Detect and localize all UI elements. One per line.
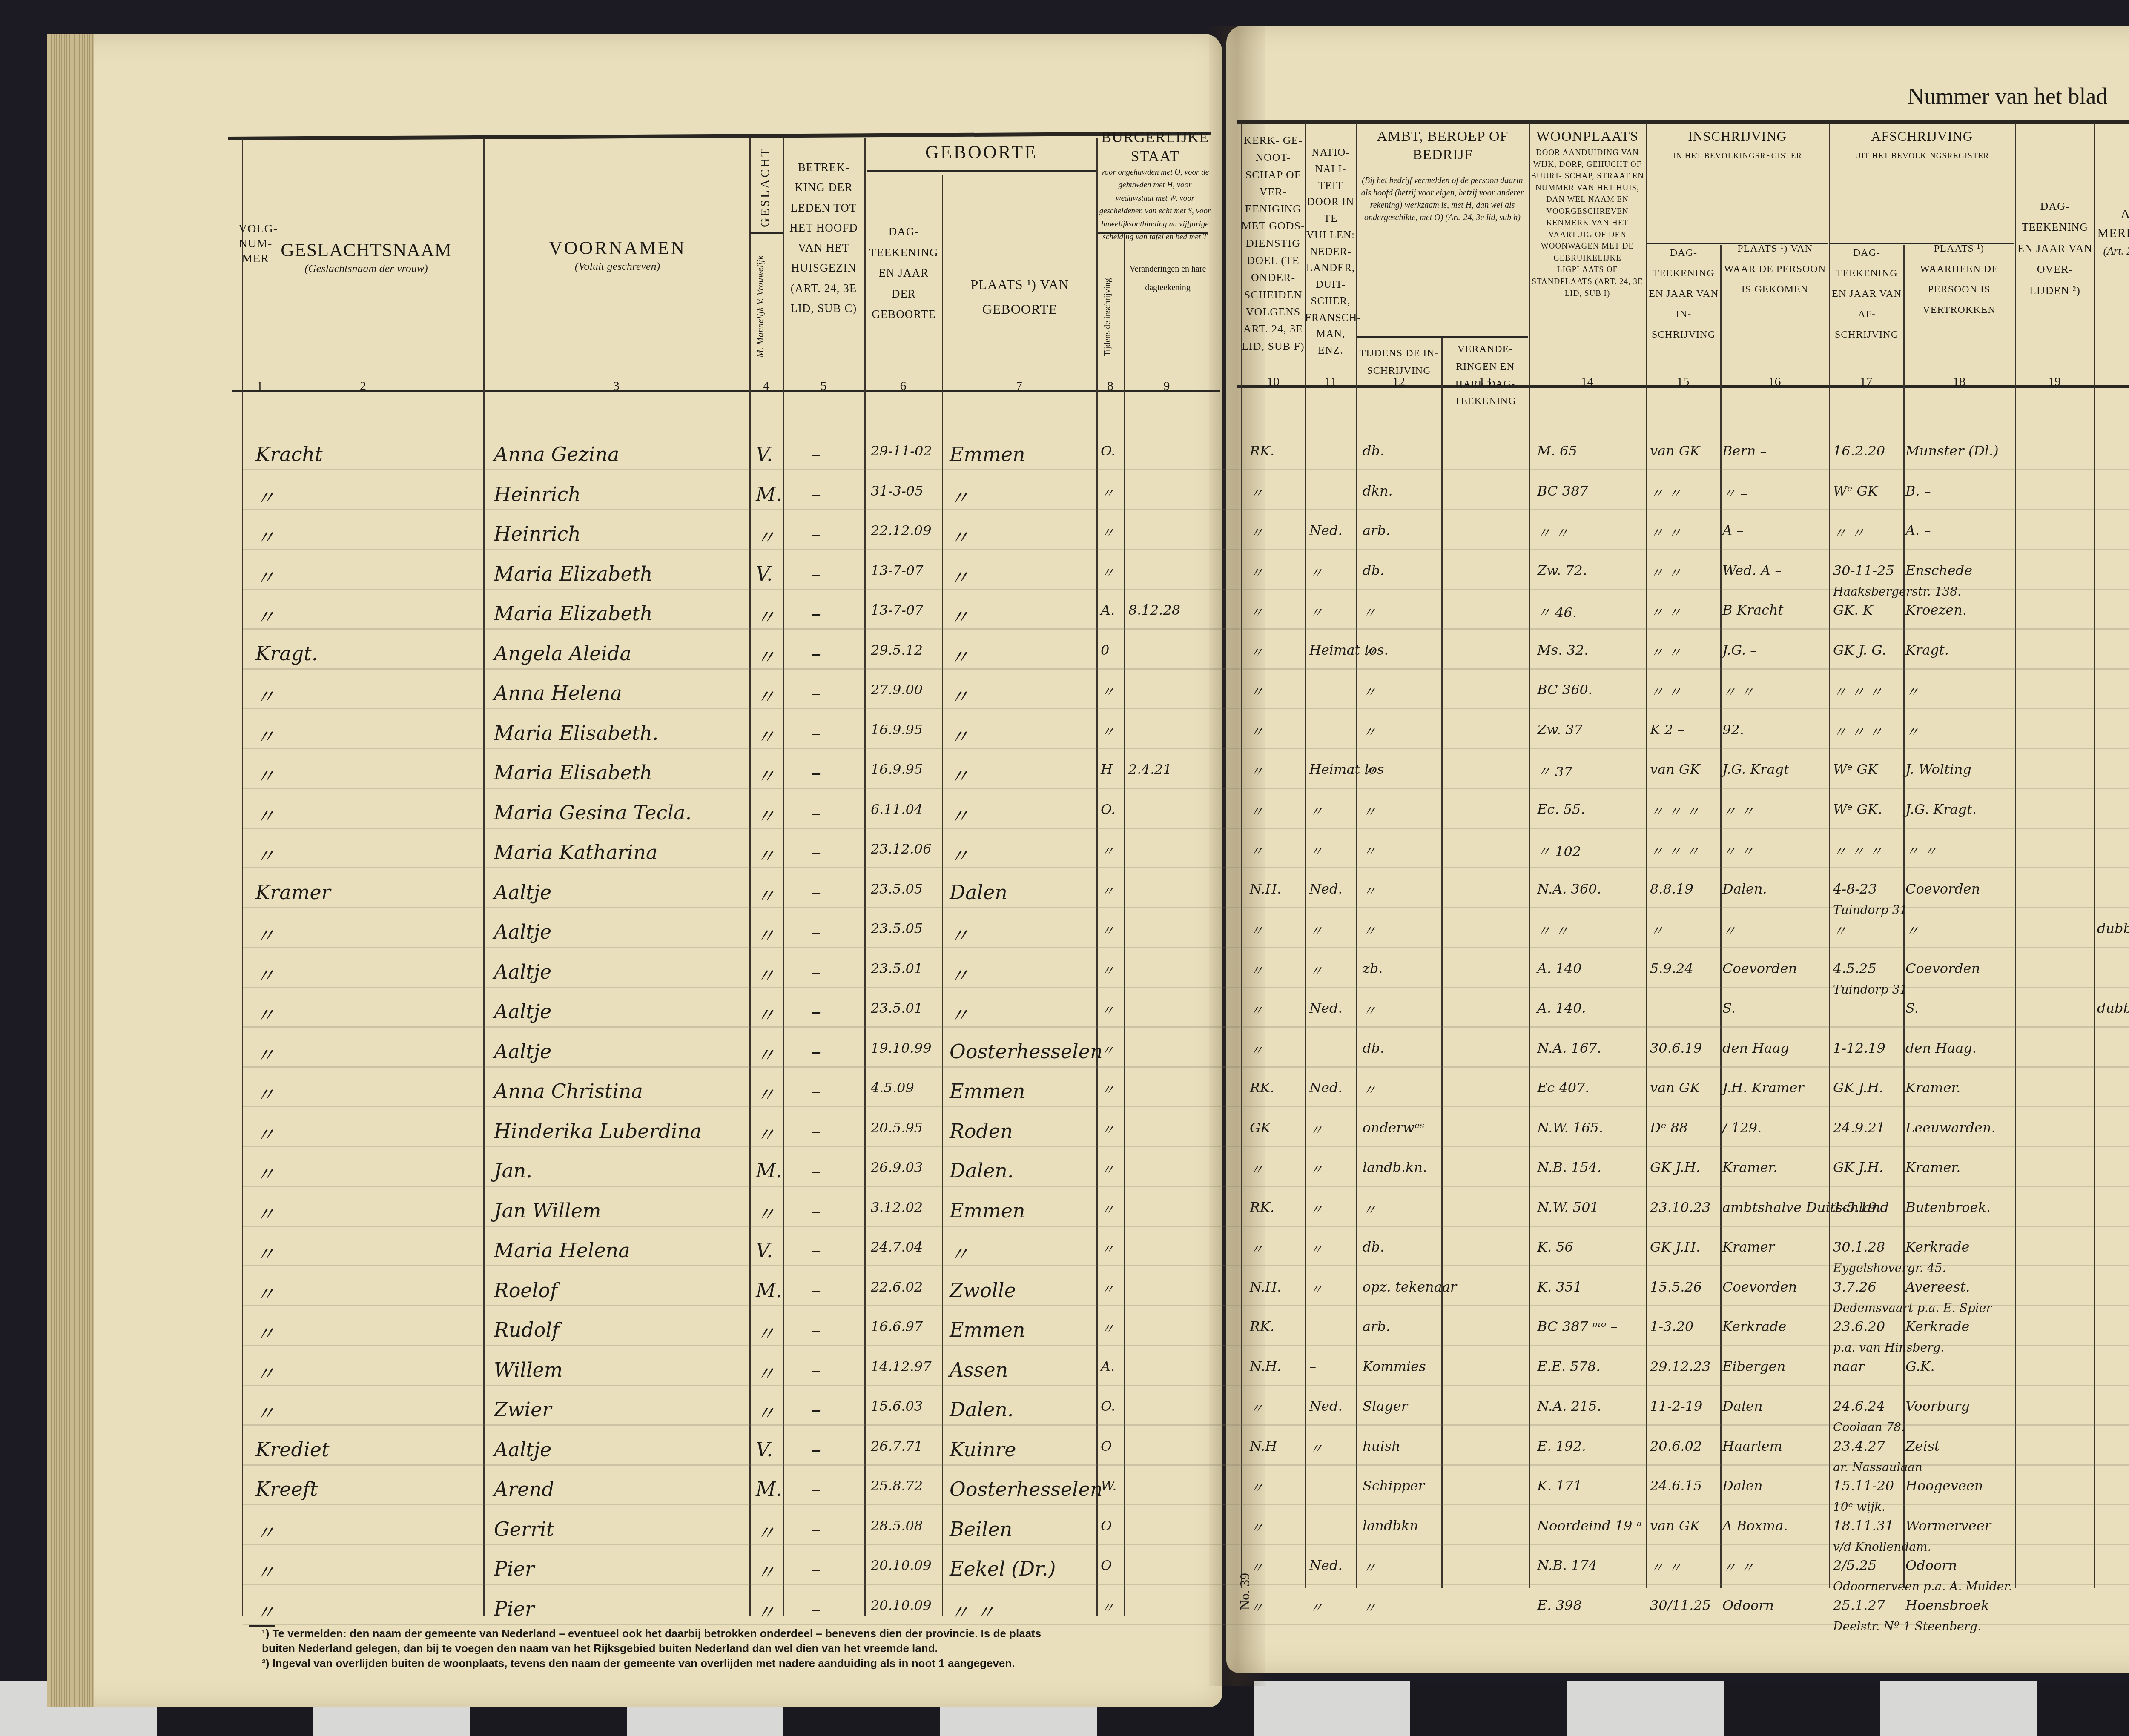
cell-civil-status: O. [1101,1398,1116,1414]
cell-nationality: 〃 [1309,1159,1323,1179]
cell-relation: – [811,1040,821,1063]
header-geboorte-plaats: PLAATS ¹) VAN GEBOORTE [943,272,1096,321]
cell-sex: M. [756,483,782,506]
cell-church: N.H. [1250,1358,1281,1375]
col-number-14: 14 [1529,375,1646,389]
cell-birth-place: 〃 [950,522,969,550]
cell-church: 〃 [1250,1000,1263,1020]
row-ruling [243,947,2129,948]
cell-address: K. 351 [1537,1279,1582,1295]
cell-birth-date: 14.12.97 [871,1358,932,1375]
cell-deregistration-date: 16.2.20 [1833,443,1885,459]
cell-occupation: 〃 [1363,722,1376,741]
cell-relation: – [811,682,821,705]
cell-occupation: Kommies [1363,1358,1426,1375]
cell-given-names: Jan. [494,1159,532,1182]
col-number-7: 7 [942,379,1096,393]
cell-relation: – [811,841,821,864]
cell-registration-from: Coevorden [1722,1279,1797,1295]
header-geslacht: GESLACHT [758,145,772,230]
cell-deregistration-date: 2/5.25 [1833,1557,1877,1573]
cell-surname: 〃 [255,920,275,948]
cell-birth-date: 16.9.95 [871,761,923,777]
cell-civil-status: 〃 [1101,1159,1114,1179]
col-number-6: 6 [864,379,942,393]
col-divider [2015,123,2016,1588]
cell-surname: 〃 [255,1398,275,1426]
cell-sex: V. [756,1438,773,1461]
header-afschrijving-plaats: PLAATS ¹) WAARHEEN DE PERSOON IS VERTROK… [1904,238,2014,320]
cell-registration-from: den Haag [1722,1040,1789,1056]
cell-nationality: Ned. [1309,1398,1343,1414]
cell-registration-from: Dalen [1722,1478,1763,1494]
cell-church: 〃 [1250,761,1263,781]
cell-address: N.W. 165. [1537,1120,1603,1136]
cell-given-names: Aaltje [494,1000,551,1023]
cell-registration-date: 29.12.23 [1650,1358,1711,1375]
cell-birth-place: Eekel (Dr.) [950,1557,1056,1580]
cell-registration-date: 8.8.19 [1650,881,1693,897]
cell-address: 〃 46. [1537,602,1577,622]
cell-address: E.E. 578. [1537,1358,1600,1375]
cell-registration-from: Wed. A – [1722,562,1782,579]
cell-deregistration-to: 〃 〃 [1905,841,1937,860]
cell-occupation: dkn. [1363,483,1393,499]
cell-address: Zw. 72. [1537,562,1587,579]
cell-surname: Kracht [255,443,323,466]
cell-deregistration-note: Tuindorp 31 [1833,983,1907,997]
cell-nationality: 〃 [1309,1597,1323,1617]
cell-relation: – [811,1159,821,1182]
cell-surname: Kreeft [255,1478,318,1501]
cell-relation: – [811,1358,821,1381]
cell-surname: Kragt. [255,642,318,665]
cell-relation: – [811,1120,821,1143]
cell-address: Ec. 55. [1537,801,1585,817]
cell-sex: 〃 [756,1080,775,1108]
cell-birth-date: 20.10.09 [871,1557,932,1573]
cell-address: N.A. 215. [1537,1398,1601,1414]
cell-nationality: Ned. [1309,881,1343,897]
cell-church: 〃 [1250,602,1263,622]
cell-birth-place: Emmen [950,1318,1025,1341]
cell-surname: 〃 [255,682,275,710]
cell-sex: M. [756,1279,782,1302]
cell-occupation: zb. [1363,960,1383,977]
cell-sex: 〃 [756,761,775,789]
cell-deregistration-note: ar. Nassaulaan [1833,1460,1922,1474]
cell-surname: Krediet [255,1438,329,1461]
cell-civil-status: H [1101,761,1113,777]
cell-sex: 〃 [756,602,775,630]
cell-registration-date: K 2 – [1650,722,1684,738]
cell-deregistration-date: 〃 〃 〃 [1833,722,1882,741]
cell-given-names: Maria Gesina Tecla. [494,801,691,824]
col-number-2: 2 [243,379,483,393]
cell-surname: 〃 [255,1279,275,1307]
cell-deregistration-note: v/d Knollendam. [1833,1540,1931,1554]
col-number-5: 5 [783,379,864,393]
cell-occupation: 〃 [1363,1000,1376,1020]
cell-birth-place: Emmen [950,1080,1025,1103]
cell-deregistration-to: Munster (Dl.) [1905,443,1999,459]
cell-registration-from: B Kracht [1722,602,1783,618]
cell-occupation: Schipper [1363,1478,1425,1494]
col-divider [1124,232,1125,1616]
cell-church: 〃 [1250,722,1263,741]
cell-given-names: Anna Helena [494,682,622,705]
col-divider [864,138,866,1616]
cell-deregistration-date: 23.6.20 [1833,1318,1885,1335]
header-inschrijving: INSCHRIJVING [1647,128,1828,145]
cell-registration-date: van GK [1650,761,1700,777]
row-ruling [243,1066,2129,1068]
cell-relation: – [811,881,821,904]
cell-surname: 〃 [255,1080,275,1108]
cell-sex: M. [756,1478,782,1501]
cell-registration-from: Coevorden [1722,960,1797,977]
cell-occupation: 〃 [1363,602,1376,622]
geboorte-group-rule [867,170,1096,172]
cell-church: RK. [1250,443,1274,459]
cell-deregistration-to: Kramer. [1905,1080,1961,1096]
cell-deregistration-to: J. Wolting [1905,761,1971,777]
cell-church: 〃 [1250,960,1263,980]
cell-deregistration-date: Wᵉ GK [1833,483,1878,499]
header-ambt-sub: (Bij het bedrijf vermelden of de persoon… [1360,175,1524,224]
cell-given-names: Willem [494,1358,562,1381]
cell-civil-status: O [1101,1557,1112,1573]
cell-birth-date: 28.5.08 [871,1518,923,1534]
cell-sex: 〃 [756,1318,775,1346]
cell-relation: – [811,1518,821,1541]
header-overlijden: DAG- TEEKENING EN JAAR VAN OVER- LIJDEN … [2016,196,2094,301]
cell-church: 〃 [1250,483,1263,502]
col-number-12: 12 [1356,375,1441,389]
cell-civil-status: 〃 [1101,1279,1114,1298]
cell-deregistration-note: Deelstr. Nº 1 Steenberg. [1833,1619,1981,1633]
cell-civil-status: 〃 [1101,1318,1114,1338]
cell-surname: 〃 [255,722,275,750]
cell-deregistration-date: 4.5.25 [1833,960,1877,977]
cell-nationality: 〃 [1309,1239,1323,1258]
cell-address: 〃 〃 [1537,920,1569,940]
cell-birth-place: 〃 [950,642,969,670]
cell-deregistration-to: Coevorden [1905,881,1980,897]
cell-sex: V. [756,562,773,585]
cell-civil-status: 〃 [1101,841,1114,860]
cell-civil-status: 〃 [1101,920,1114,940]
cell-birth-place: 〃 [950,602,969,630]
cell-birth-date: 31-3-05 [871,483,923,499]
cell-deregistration-to: 〃 [1905,722,1919,741]
header-ambt: AMBT, BEROEP OF BEDRIJF [1357,128,1528,164]
header-geslachtsnaam: GESLACHTSNAAM(Geslachtsnaam der vrouw) [255,238,477,276]
cell-church: N.H. [1250,1279,1281,1295]
cell-birth-place: 〃 [950,682,969,710]
cell-civil-status-change: 2.4.21 [1128,761,1172,777]
cell-given-names: Arend [494,1478,554,1501]
cell-church: 〃 [1250,522,1263,542]
cell-address: 〃 102 [1537,841,1581,860]
cell-given-names: Angela Aleida [494,642,631,665]
cell-deregistration-to: Wormerveer [1905,1518,1991,1534]
cell-occupation: huish [1363,1438,1400,1454]
col-divider [483,138,485,1616]
row-ruling [243,549,2129,550]
form-number: No. 39 [1237,1573,1253,1610]
header-afschrijving-datum: DAG- TEEKENING EN JAAR VAN AF- SCHRIJVIN… [1830,243,1903,345]
cell-deregistration-date: 1-5.19. [1833,1199,1881,1215]
row-ruling [243,1226,2129,1227]
cell-sex: 〃 [756,682,775,710]
cell-birth-date: 23.12.06 [871,841,932,857]
cell-address: N.B. 154. [1537,1159,1601,1175]
col-divider [1096,138,1098,1616]
cell-deregistration-date: 〃 〃 〃 [1833,682,1882,701]
cell-birth-place: Oosterhesselen [950,1040,1103,1063]
cell-relation: – [811,1279,821,1302]
cell-surname: 〃 [255,483,275,511]
cell-occupation: db. [1363,443,1384,459]
cell-birth-place: Zwolle [950,1279,1016,1302]
cell-relation: – [811,1398,821,1421]
cell-deregistration-note: Dedemsvaart p.a. E. Spier [1833,1301,1992,1315]
cell-registration-date: 〃 〃 [1650,483,1681,502]
cell-sex: 〃 [756,722,775,750]
cell-address: K. 171 [1537,1478,1582,1494]
cell-deregistration-note: p.a. van Hinsberg. [1833,1341,1944,1355]
cell-civil-status: 〃 [1101,1040,1114,1060]
cell-birth-place: Beilen [950,1518,1012,1541]
cell-surname: 〃 [255,960,275,988]
cell-relation: – [811,522,821,545]
cell-given-names: Zwier [494,1398,551,1421]
cell-relation: – [811,1000,821,1023]
col-number-3: 3 [483,379,749,393]
cell-civil-status-change: 8.12.28 [1128,602,1180,618]
cell-sex: 〃 [756,1000,775,1028]
cell-registration-from: 〃 [1722,920,1736,940]
cell-registration-date: 15.5.26 [1650,1279,1702,1295]
cell-occupation: 〃 [1363,682,1376,701]
row-ruling [243,1186,2129,1187]
header-nationaliteit: NATIO- NALI- TEIT DOOR IN TE VULLEN: NED… [1305,145,1356,359]
cell-birth-date: 22.12.09 [871,522,932,539]
cell-given-names: Pier [494,1557,534,1580]
col-divider [749,138,751,1616]
cell-sex: 〃 [756,841,775,869]
cell-birth-date: 23.5.05 [871,920,923,937]
cell-deregistration-to: 〃 [1905,920,1919,940]
cell-relation: – [811,483,821,506]
header-geslacht-sub: M. Mannelijk V. Vrouwelijk [755,243,766,370]
cell-birth-date: 23.5.01 [871,1000,923,1016]
cell-deregistration-to: Butenbroek. [1905,1199,1991,1215]
row-ruling [243,748,2129,749]
cell-registration-date: GK J.H. [1650,1239,1700,1255]
cell-occupation: 〃 [1363,1597,1376,1617]
cell-deregistration-to: Voorburg [1905,1398,1970,1414]
header-voornamen-title: VOORNAMEN [549,238,686,258]
cell-registration-from: A – [1722,522,1743,539]
cell-occupation: db. [1363,1040,1384,1056]
cell-registration-date: 23.10.23 [1650,1199,1711,1215]
cell-surname: 〃 [255,841,275,869]
cell-given-names: Maria Katharina [494,841,657,864]
cell-relation: – [811,562,821,585]
col-number-16: 16 [1720,375,1829,389]
cell-deregistration-date: GK J.H. [1833,1080,1883,1096]
cell-registration-from: J.G. – [1722,642,1757,658]
cell-registration-date: 24.6.15 [1650,1478,1702,1494]
cell-occupation: landb.kn. [1363,1159,1427,1175]
cell-civil-status: 〃 [1101,483,1114,502]
cell-registration-from: Bern – [1722,443,1767,459]
cell-registration-from: Kramer. [1722,1159,1778,1175]
cell-surname: 〃 [255,1159,275,1187]
cell-address: N.B. 174 [1537,1557,1597,1573]
cell-church: 〃 [1250,1239,1263,1258]
cell-sex: V. [756,1239,773,1262]
cell-deregistration-note: 10ᵉ wijk. [1833,1500,1885,1514]
cell-address: M. 65 [1537,443,1577,459]
cell-given-names: Rudolf [494,1318,559,1341]
cell-address: A. 140 [1537,960,1582,977]
cell-civil-status: 〃 [1101,682,1114,701]
cell-nationality: 〃 [1309,1438,1323,1458]
row-ruling [243,708,2129,709]
cell-deregistration-date: 3.7.26 [1833,1279,1877,1295]
cell-registration-date: van GK [1650,1518,1700,1534]
cell-deregistration-date: 24.9.21 [1833,1120,1885,1136]
cell-surname: 〃 [255,602,275,630]
cell-birth-date: 23.5.05 [871,881,923,897]
cell-civil-status: 〃 [1101,1120,1114,1139]
row-ruling [243,828,2129,829]
cell-occupation: 〃 [1363,642,1376,662]
cell-birth-date: 26.7.71 [871,1438,923,1454]
cell-surname: 〃 [255,1000,275,1028]
cell-civil-status: 〃 [1101,1239,1114,1258]
header-geslachtsnaam-sub: (Geslachtsnaam der vrouw) [255,262,477,276]
cell-address: Ec 407. [1537,1080,1590,1096]
cell-sex: 〃 [756,1518,775,1546]
header-betrekking: BETREK- KING DER LEDEN TOT HET HOOFD VAN… [784,158,863,318]
cell-birth-place: 〃 [950,1239,969,1267]
cell-nationality: 〃 [1309,1120,1323,1139]
cell-birth-place: Oosterhesselen [950,1478,1103,1501]
cell-given-names: Aaltje [494,881,551,904]
cell-deregistration-to: Coevorden [1905,960,1980,977]
cell-birth-date: 26.9.03 [871,1159,923,1175]
cell-occupation: onderwᵉˢ [1363,1120,1424,1136]
cell-relation: – [811,1438,821,1461]
cell-occupation: 〃 [1363,1080,1376,1099]
cell-given-names: Hinderika Luberdina [494,1120,702,1143]
cell-given-names: Aaltje [494,1438,551,1461]
cell-church: RK. [1250,1199,1274,1215]
cell-registration-date: van GK [1650,1080,1700,1096]
header-kerkgenootschap: KERK- GE- NOOT- SCHAP OF VER- EENIGING M… [1241,132,1305,355]
cell-birth-date: 24.7.04 [871,1239,923,1255]
cell-occupation: arb. [1363,1318,1390,1335]
cell-civil-status: O. [1101,801,1116,817]
row-ruling [243,1106,2129,1107]
cell-surname: 〃 [255,1199,275,1227]
cell-deregistration-note: Eygelshovergr. 45. [1833,1261,1946,1275]
cell-address: N.A. 360. [1537,881,1601,897]
cell-occupation: 〃 [1363,920,1376,940]
cell-church: 〃 [1250,920,1263,940]
cell-address: BC 360. [1537,682,1592,698]
cell-deregistration-date: 18.11.31 [1833,1518,1894,1534]
cell-birth-date: 6.11.04 [871,801,923,817]
ambt-group-rule [1357,336,1528,338]
cell-relation: – [811,1478,821,1501]
cell-remarks: dubbel [2097,920,2129,937]
header-aanmerkingen-title: AAN- MERKINGEN [2097,207,2129,240]
cell-registration-from: Haarlem [1722,1438,1782,1454]
cell-surname: 〃 [255,1318,275,1346]
cell-deregistration-to: Kerkrade [1905,1318,1969,1335]
cell-given-names: Pier [494,1597,534,1620]
cell-given-names: Gerrit [494,1518,554,1541]
left-page-edges [47,34,94,1707]
row-ruling [243,1146,2129,1147]
col-number-20: 20 [2094,375,2129,389]
cell-surname: 〃 [255,562,275,590]
header-top-rule-right [1237,120,2129,124]
cell-surname: 〃 [255,1040,275,1068]
cell-church: 〃 [1250,1159,1263,1179]
col-number-19: 19 [2015,375,2094,389]
cell-registration-date: 30.6.19 [1650,1040,1702,1056]
cell-deregistration-note: Tuindorp 31 [1833,903,1907,917]
cell-registration-from: Kramer [1722,1239,1775,1255]
cell-deregistration-date: Wᵉ GK. [1833,801,1882,817]
col-divider [1720,245,1722,1588]
cell-surname: 〃 [255,522,275,550]
header-bs-tijdens: Tijdens de inschrijving [1103,264,1113,370]
cell-birth-date: 3.12.02 [871,1199,923,1215]
cell-birth-date: 20.5.95 [871,1120,923,1136]
cell-relation: – [811,801,821,824]
sheet-number-label: Nummer van het blad [1908,83,2107,109]
cell-nationality: 〃 [1309,841,1323,860]
cell-nationality: 〃 [1309,920,1323,940]
cell-civil-status: O [1101,1438,1112,1454]
cell-deregistration-date: 1-12.19 [1833,1040,1885,1056]
cell-birth-place: Assen [950,1358,1008,1381]
cell-deregistration-date: 〃 [1833,920,1847,940]
cell-nationality: 〃 [1309,1279,1323,1298]
cell-surname: 〃 [255,1239,275,1267]
col-number-11: 11 [1305,375,1356,389]
cell-registration-date: 11-2-19 [1650,1398,1702,1414]
cell-deregistration-to: Hoogeveen [1905,1478,1983,1494]
cell-occupation: 〃 [1363,841,1376,860]
cell-address: A. 140. [1537,1000,1586,1016]
cell-birth-date: 29.5.12 [871,642,923,658]
cell-relation: – [811,960,821,983]
cell-remarks: dubbel. [2097,1000,2129,1016]
cell-registration-date: 〃 〃 [1650,1557,1681,1577]
cell-church: 〃 [1250,642,1263,662]
cell-birth-date: 15.6.03 [871,1398,923,1414]
col-number-4: 4 [749,379,783,393]
row-ruling [243,509,2129,510]
